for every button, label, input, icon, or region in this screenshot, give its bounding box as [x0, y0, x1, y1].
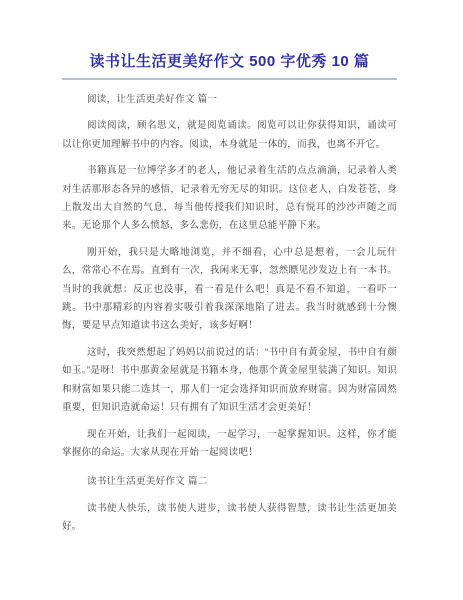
section-1-paragraph-2: 书籍真是一位博学多才的老人，他记录着生活的点点滴滴，记录着人类对生活那形态各异的…	[62, 162, 397, 236]
section-1-paragraph-5: 现在开始，让我们一起阅读，一起学习，一起掌握知识。这样，你才能掌握你的命运。大家…	[62, 426, 397, 463]
section-1-paragraph-4: 这时，我突然想起了妈妈以前说过的话：“书中自有黄金屋，书中自有颜如玉。”是呀！书…	[62, 344, 397, 418]
document-content: 读书让生活更美好作文 500 字优秀 10 篇 阅读，让生活更美好作文 篇一 阅…	[62, 0, 397, 537]
section-1-paragraph-3: 刚开始，我只是大略地浏览，并不细看，心中总是想着，一会儿玩什么，常常心不在焉。直…	[62, 244, 397, 336]
title-divider	[62, 78, 397, 80]
section-1-paragraph-1: 阅读阅读，顾名思义，就是阅览诵读。阅览可以让你获得知识，诵读可以让你更加理解书中…	[62, 117, 397, 154]
section-1-heading: 阅读，让生活更美好作文 篇一	[62, 91, 397, 109]
document-title: 读书让生活更美好作文 500 字优秀 10 篇	[62, 0, 397, 72]
document-page: 读书让生活更美好作文 500 字优秀 10 篇 阅读，让生活更美好作文 篇一 阅…	[0, 0, 463, 600]
section-2-paragraph-1: 读书使人快乐，读书使人进步，读书使人获得智慧，读书让生活更加美好。	[62, 500, 397, 537]
section-2-heading: 读书让生活更美好作文 篇二	[62, 473, 397, 491]
